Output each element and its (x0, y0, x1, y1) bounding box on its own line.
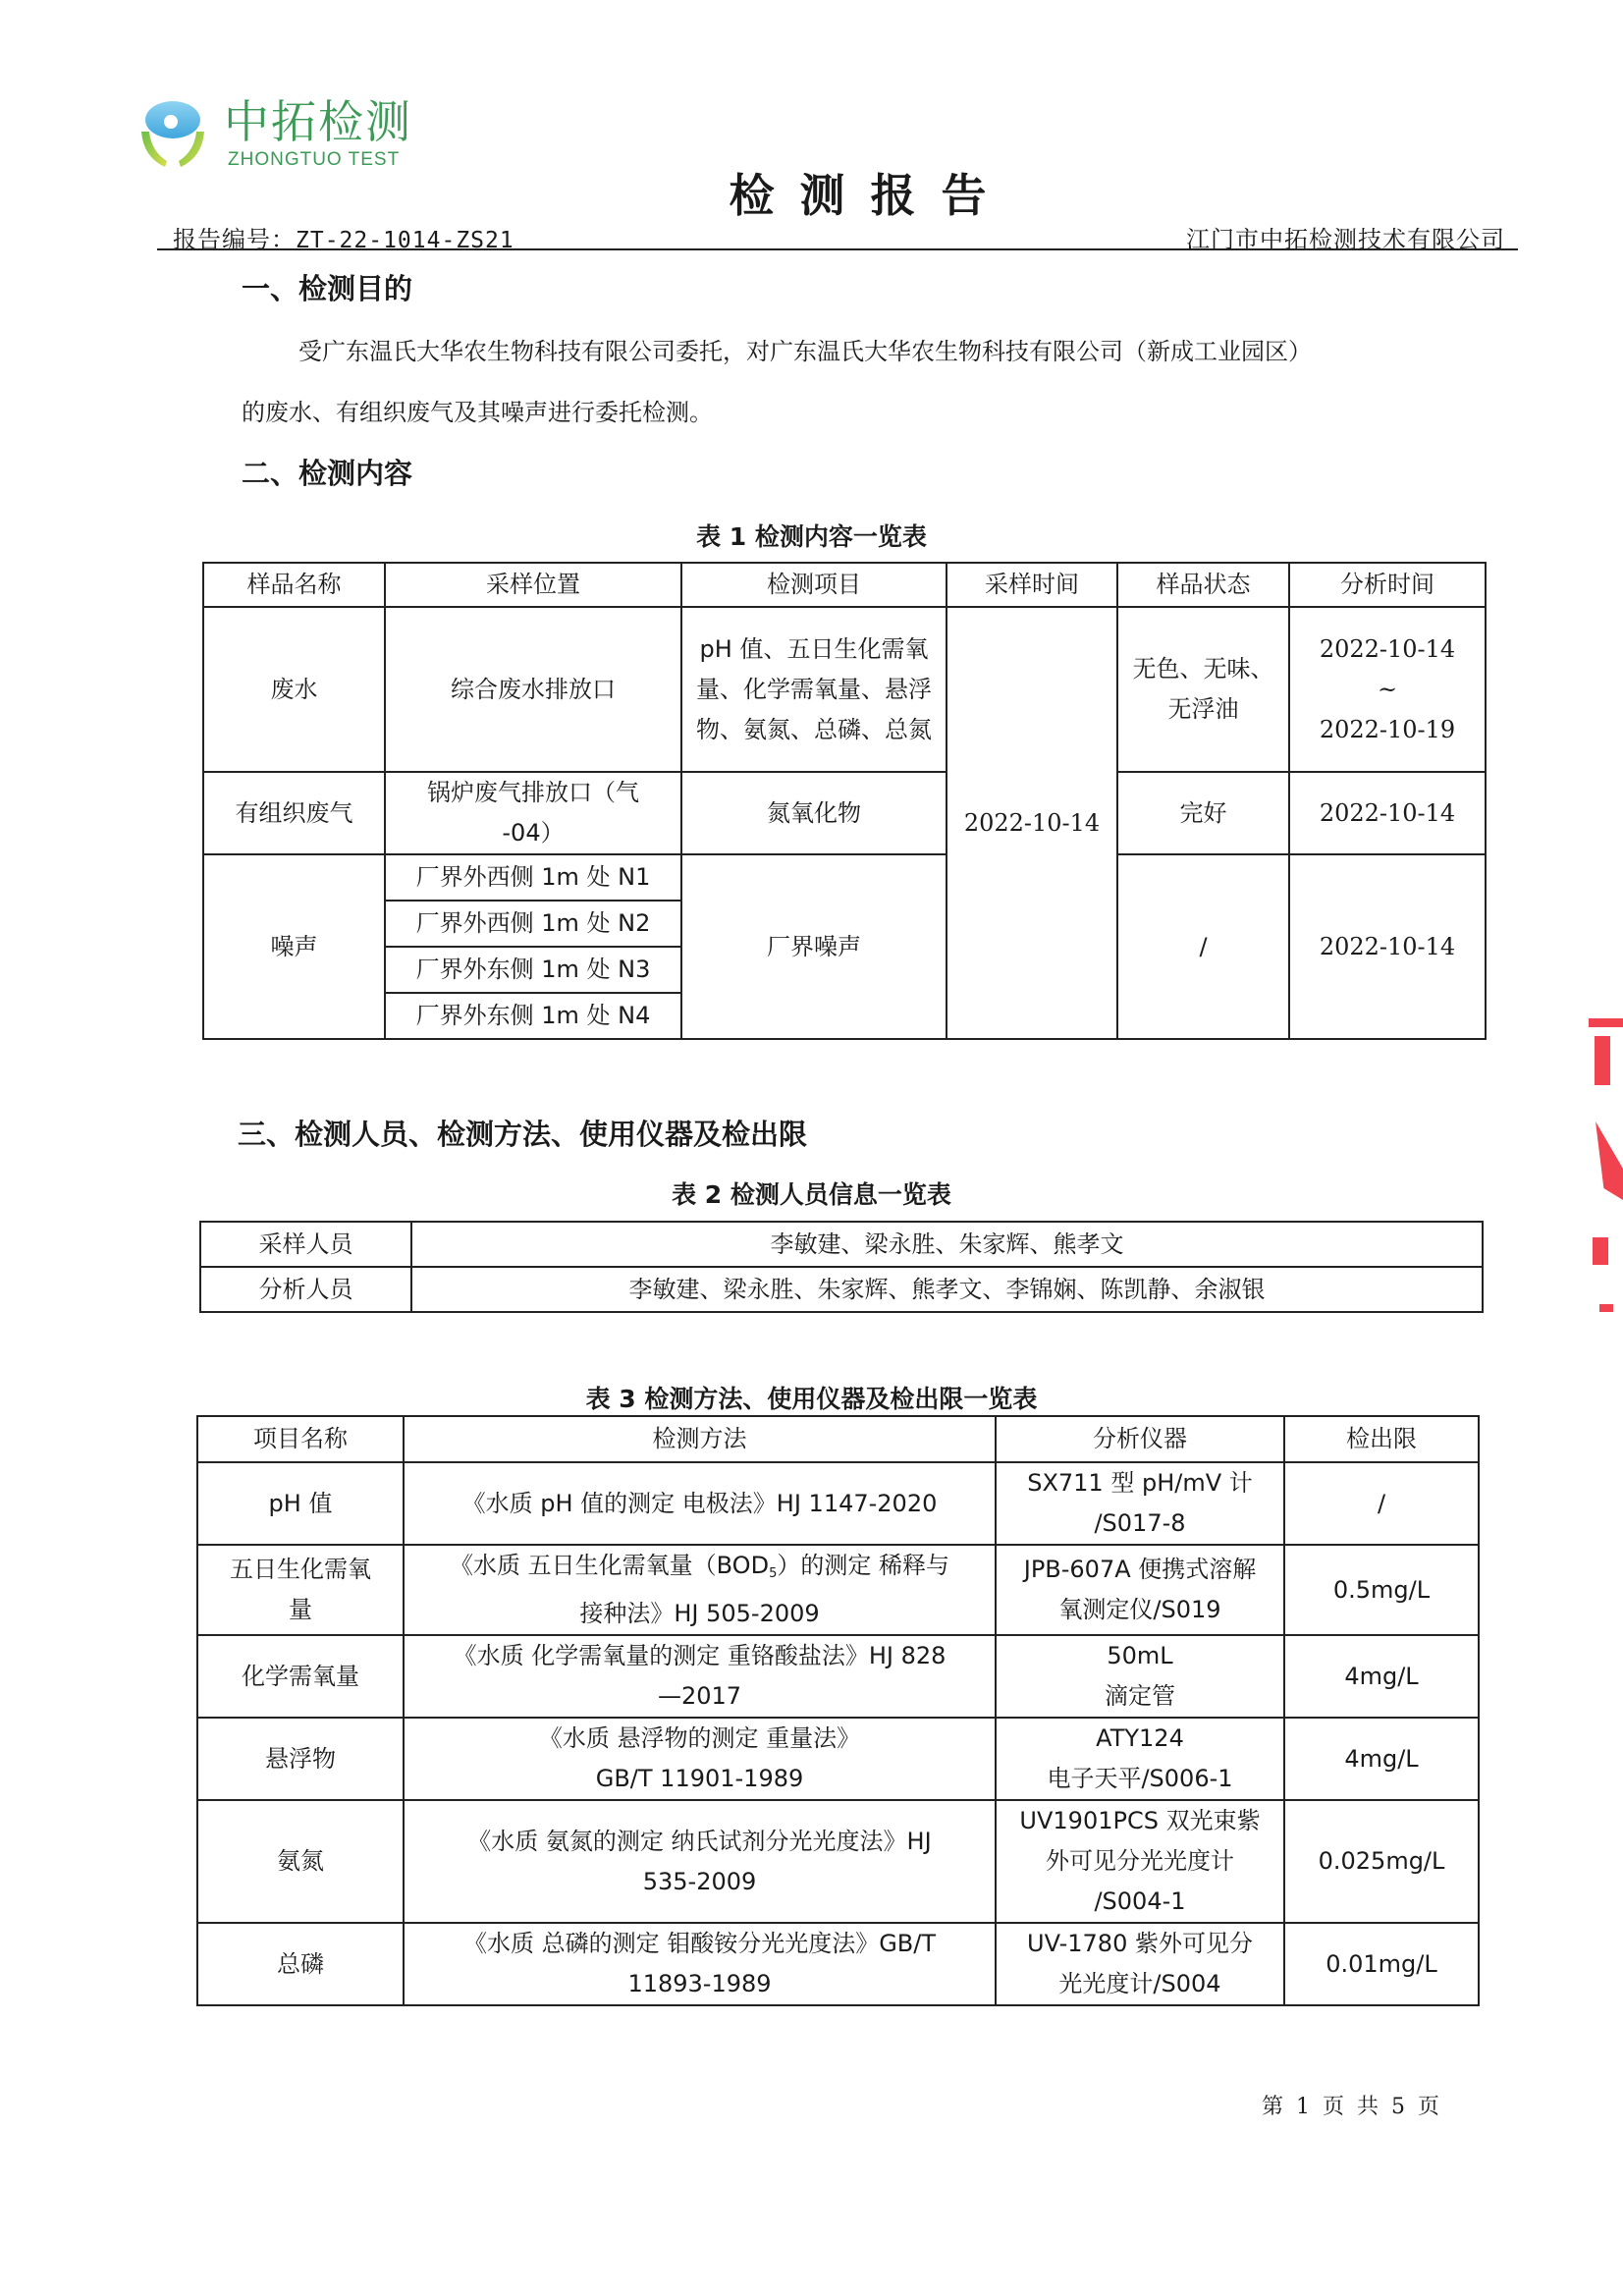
table-row: 分析人员 李敏建、梁永胜、朱家辉、熊孝文、李锦娴、陈凯静、余淑银 (200, 1267, 1483, 1312)
instrument-line: 50mL (1002, 1636, 1277, 1676)
col-header: 采样时间 (947, 563, 1117, 607)
method-line: —2017 (410, 1676, 989, 1717)
cell-items: 氮氧化物 (681, 772, 947, 854)
method-line: 接种法》HJ 505-2009 (410, 1594, 989, 1634)
table-personnel: 采样人员 李敏建、梁永胜、朱家辉、熊孝文 分析人员 李敏建、梁永胜、朱家辉、熊孝… (199, 1221, 1484, 1313)
analysis-start: 2022-10-14 (1296, 629, 1479, 670)
table-row: 五日生化需氧 量 《水质 五日生化需氧量（BOD5）的测定 稀释与 接种法》HJ… (197, 1545, 1479, 1635)
method-line: 《水质 五日生化需氧量（BOD5）的测定 稀释与 (410, 1546, 989, 1594)
instrument-line: UV-1780 紫外可见分 (1002, 1924, 1277, 1964)
table-header-row: 项目名称 检测方法 分析仪器 检出限 (197, 1416, 1479, 1462)
table-header-row: 样品名称 采样位置 检测项目 采样时间 样品状态 分析时间 (203, 563, 1486, 607)
cell-method: 《水质 化学需氧量的测定 重铬酸盐法》HJ 828 —2017 (404, 1635, 996, 1718)
analysis-end: 2022-10-19 (1296, 710, 1479, 750)
cell-item: 总磷 (197, 1923, 404, 2005)
instrument-line: SX711 型 pH/mV 计 (1002, 1463, 1277, 1503)
section-heading-personnel-methods: 三、检测人员、检测方法、使用仪器及检出限 (238, 1113, 807, 1153)
method-line: 《水质 氨氮的测定 纳氏试剂分光光度法》HJ (410, 1822, 989, 1862)
cell-analysis-time: 2022-10-14 (1289, 854, 1486, 1039)
cell-items: 厂界噪声 (681, 854, 947, 1039)
location-line: 厂界外西侧 1m 处 N2 (386, 902, 680, 948)
cell-instrument: JPB-607A 便携式溶解 氧测定仪/S019 (996, 1545, 1284, 1635)
stamp-mark (1595, 1036, 1610, 1085)
table-methods-instruments: 项目名称 检测方法 分析仪器 检出限 pH 值 《水质 pH 值的测定 电极法》… (196, 1415, 1480, 2006)
cell-location: 综合废水排放口 (385, 607, 681, 772)
col-header: 样品状态 (1117, 563, 1289, 607)
cell-item: 氨氮 (197, 1800, 404, 1923)
document-title: 检测报告 (0, 160, 1623, 225)
instrument-line: UV1901PCS 双光束紫 (1002, 1801, 1277, 1841)
table-row: 悬浮物 《水质 悬浮物的测定 重量法》 GB/T 11901-1989 ATY1… (197, 1718, 1479, 1800)
col-header: 样品名称 (203, 563, 385, 607)
item-line: 量 (204, 1590, 397, 1630)
cell-instrument: UV-1780 紫外可见分 光光度计/S004 (996, 1923, 1284, 2005)
cell-names: 李敏建、梁永胜、朱家辉、熊孝文、李锦娴、陈凯静、余淑银 (411, 1267, 1483, 1312)
cell-method: 《水质 五日生化需氧量（BOD5）的测定 稀释与 接种法》HJ 505-2009 (404, 1545, 996, 1635)
table1-caption: 表 1 检测内容一览表 (0, 518, 1623, 553)
table-row: 采样人员 李敏建、梁永胜、朱家辉、熊孝文 (200, 1222, 1483, 1267)
cell-limit: 0.025mg/L (1284, 1800, 1479, 1923)
location-line: 锅炉废气排放口（气 (392, 773, 675, 813)
table-row: 总磷 《水质 总磷的测定 钼酸铵分光光度法》GB/T 11893-1989 UV… (197, 1923, 1479, 2005)
method-line: 《水质 悬浮物的测定 重量法》 (410, 1719, 989, 1759)
cell-limit: 0.5mg/L (1284, 1545, 1479, 1635)
method-line: 《水质 化学需氧量的测定 重铬酸盐法》HJ 828 (410, 1636, 989, 1676)
location-line: 厂界外东侧 1m 处 N3 (386, 948, 680, 994)
cell-method: 《水质 氨氮的测定 纳氏试剂分光光度法》HJ 535-2009 (404, 1800, 996, 1923)
stamp-mark (1599, 1304, 1613, 1312)
cell-names: 李敏建、梁永胜、朱家辉、熊孝文 (411, 1222, 1483, 1267)
cell-analysis-time: 2022-10-14 (1289, 772, 1486, 854)
instrument-line: 氧测定仪/S019 (1002, 1590, 1277, 1630)
state-line: 无浮油 (1124, 689, 1282, 730)
method-line: 11893-1989 (410, 1964, 989, 2004)
state-line: 无色、无味、 (1124, 649, 1282, 689)
method-text: 《水质 五日生化需氧量（BOD (450, 1552, 769, 1579)
header-divider (157, 248, 1518, 250)
cell-item: 悬浮物 (197, 1718, 404, 1800)
cell-instrument: UV1901PCS 双光束紫 外可见分光光度计 /S004-1 (996, 1800, 1284, 1923)
cell-item: 化学需氧量 (197, 1635, 404, 1718)
purpose-paragraph-line2: 的废水、有组织废气及其噪声进行委托检测。 (242, 393, 713, 427)
cell-sample: 噪声 (203, 854, 385, 1039)
table-row: 废水 综合废水排放口 pH 值、五日生化需氧量、化学需氧量、悬浮物、氨氮、总磷、… (203, 607, 1486, 772)
section-heading-content: 二、检测内容 (242, 452, 412, 492)
cell-role: 采样人员 (200, 1222, 411, 1267)
instrument-line: 滴定管 (1002, 1676, 1277, 1717)
instrument-line: 光光度计/S004 (1002, 1964, 1277, 2004)
col-header: 检测项目 (681, 563, 947, 607)
table2-caption: 表 2 检测人员信息一览表 (0, 1175, 1623, 1211)
col-header: 检出限 (1284, 1416, 1479, 1462)
cell-role: 分析人员 (200, 1267, 411, 1312)
cell-locations: 厂界外西侧 1m 处 N1 厂界外西侧 1m 处 N2 厂界外东侧 1m 处 N… (385, 854, 681, 1039)
table-row: 氨氮 《水质 氨氮的测定 纳氏试剂分光光度法》HJ 535-2009 UV190… (197, 1800, 1479, 1923)
cell-instrument: ATY124 电子天平/S006-1 (996, 1718, 1284, 1800)
method-line: 《水质 总磷的测定 钼酸铵分光光度法》GB/T (410, 1924, 989, 1964)
location-line: 厂界外西侧 1m 处 N1 (386, 855, 680, 902)
location-line: 厂界外东侧 1m 处 N4 (386, 994, 680, 1038)
cell-analysis-time: 2022-10-14 ~ 2022-10-19 (1289, 607, 1486, 772)
cell-sample: 废水 (203, 607, 385, 772)
cell-state: / (1117, 854, 1289, 1039)
table-row: 化学需氧量 《水质 化学需氧量的测定 重铬酸盐法》HJ 828 —2017 50… (197, 1635, 1479, 1718)
cell-state: 完好 (1117, 772, 1289, 854)
cell-limit: 0.01mg/L (1284, 1923, 1479, 2005)
cell-instrument: 50mL 滴定管 (996, 1635, 1284, 1718)
cell-location: 锅炉废气排放口（气 -04） (385, 772, 681, 854)
analysis-sep: ~ (1296, 670, 1479, 710)
table-row: 有组织废气 锅炉废气排放口（气 -04） 氮氧化物 完好 2022-10-14 (203, 772, 1486, 854)
instrument-line: 外可见分光光度计 (1002, 1841, 1277, 1882)
cell-instrument: SX711 型 pH/mV 计 /S017-8 (996, 1462, 1284, 1545)
cell-method: 《水质 悬浮物的测定 重量法》 GB/T 11901-1989 (404, 1718, 996, 1800)
cell-method: 《水质 pH 值的测定 电极法》HJ 1147-2020 (404, 1462, 996, 1545)
purpose-paragraph-line1: 受广东温氏大华农生物科技有限公司委托，对广东温氏大华农生物科技有限公司（新成工业… (298, 332, 1312, 366)
instrument-line: /S017-8 (1002, 1503, 1277, 1544)
table-row: 噪声 厂界外西侧 1m 处 N1 厂界外西侧 1m 处 N2 厂界外东侧 1m … (203, 854, 1486, 1039)
col-header: 项目名称 (197, 1416, 404, 1462)
col-header: 采样位置 (385, 563, 681, 607)
instrument-line: JPB-607A 便携式溶解 (1002, 1550, 1277, 1590)
cell-method: 《水质 总磷的测定 钼酸铵分光光度法》GB/T 11893-1989 (404, 1923, 996, 2005)
cell-items: pH 值、五日生化需氧量、化学需氧量、悬浮物、氨氮、总磷、总氮 (681, 607, 947, 772)
col-header: 分析仪器 (996, 1416, 1284, 1462)
method-line: GB/T 11901-1989 (410, 1759, 989, 1799)
instrument-line: /S004-1 (1002, 1882, 1277, 1922)
table-row: pH 值 《水质 pH 值的测定 电极法》HJ 1147-2020 SX711 … (197, 1462, 1479, 1545)
logo-name-cn: 中拓检测 (224, 94, 412, 149)
instrument-line: 电子天平/S006-1 (1002, 1759, 1277, 1799)
cell-sampling-time: 2022-10-14 (947, 607, 1117, 1039)
location-line: -04） (392, 813, 675, 853)
cell-limit: / (1284, 1462, 1479, 1545)
stamp-mark (1589, 1018, 1623, 1027)
instrument-line: ATY124 (1002, 1719, 1277, 1759)
table3-caption: 表 3 检测方法、使用仪器及检出限一览表 (0, 1380, 1623, 1415)
cell-item: 五日生化需氧 量 (197, 1545, 404, 1635)
method-line: 535-2009 (410, 1862, 989, 1902)
col-header: 检测方法 (404, 1416, 996, 1462)
page-number: 第 1 页 共 5 页 (1262, 2090, 1439, 2120)
table-detection-content: 样品名称 采样位置 检测项目 采样时间 样品状态 分析时间 废水 综合废水排放口… (202, 562, 1487, 1040)
stamp-mark (1593, 1237, 1608, 1265)
cell-limit: 4mg/L (1284, 1718, 1479, 1800)
item-line: 五日生化需氧 (204, 1550, 397, 1590)
cell-limit: 4mg/L (1284, 1635, 1479, 1718)
section-heading-purpose: 一、检测目的 (242, 267, 412, 307)
cell-sample: 有组织废气 (203, 772, 385, 854)
method-text: ）的测定 稀释与 (777, 1552, 949, 1579)
cell-item: pH 值 (197, 1462, 404, 1545)
col-header: 分析时间 (1289, 563, 1486, 607)
cell-state: 无色、无味、 无浮油 (1117, 607, 1289, 772)
